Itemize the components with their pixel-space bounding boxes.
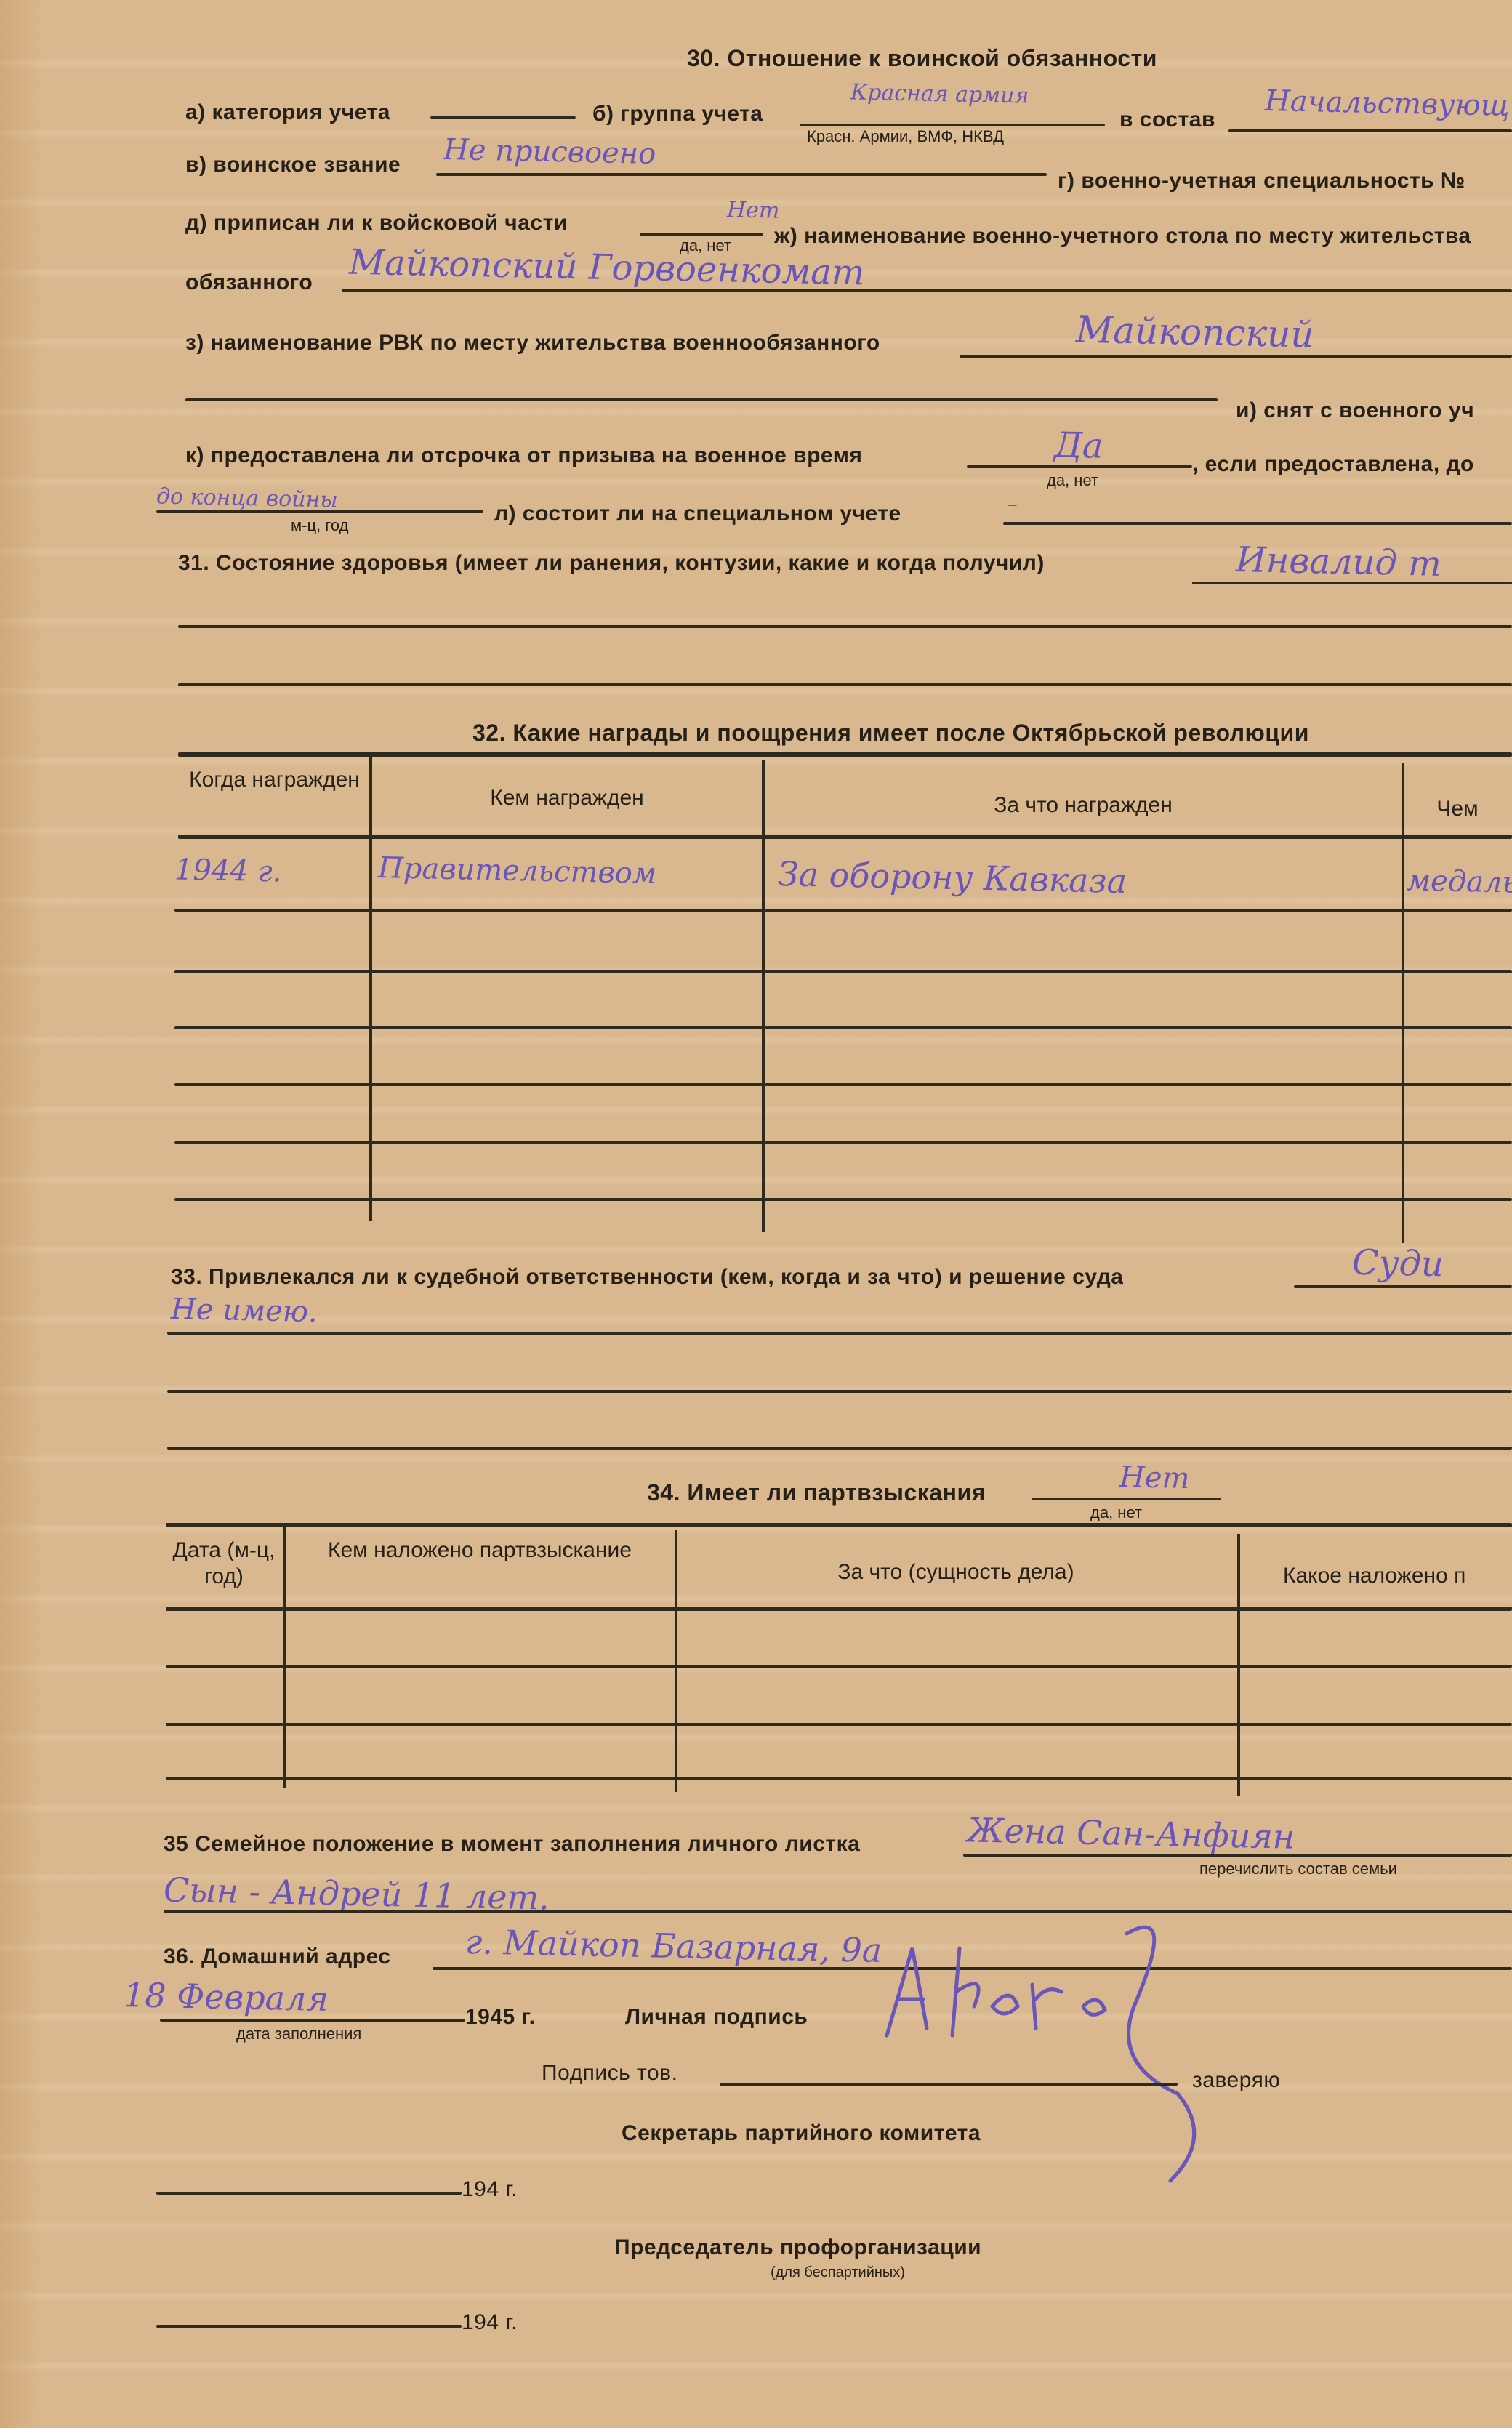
health-field <box>1192 582 1512 584</box>
special-registration-field <box>1003 522 1512 525</box>
court-value[interactable]: Не имею. <box>171 1293 318 1329</box>
court-label: 33. Привлекался ли к судебной ответствен… <box>171 1265 1123 1290</box>
penalty-table-top <box>166 1523 1512 1527</box>
deferment-until-value[interactable]: до конца войны <box>156 483 338 512</box>
deferment-value[interactable]: Да <box>1053 425 1103 466</box>
health-field-2 <box>178 625 1512 628</box>
penalty-row-line-3 <box>166 1777 1512 1780</box>
awards-divider-3 <box>1402 763 1404 1243</box>
composition-field <box>1228 129 1512 132</box>
deregistered-label: и) снят с военного уч <box>1236 398 1474 423</box>
chairman-date-field[interactable] <box>156 2325 462 2328</box>
certify-field[interactable] <box>720 2083 1178 2086</box>
penalty-row-line-1 <box>166 1665 1512 1668</box>
composition-value[interactable]: Начальствующий <box>1265 84 1512 124</box>
awards-table-top <box>178 752 1512 757</box>
awards-row-line-1 <box>174 909 1512 912</box>
family-value[interactable]: Жена Сан-Анфиян <box>966 1810 1295 1856</box>
awards-col-by: Кем награжден <box>371 785 763 811</box>
rank-label: в) воинское звание <box>185 153 401 177</box>
penalty-col-for: За что (сущность дела) <box>676 1559 1236 1585</box>
rvk-field <box>960 355 1512 358</box>
awards-col-when: Когда награжден <box>182 767 367 793</box>
family-label: 35 Семейное положение в момент заполнени… <box>164 1832 860 1857</box>
deferment-suffix: , если предоставлена, до <box>1192 452 1474 477</box>
unit-assigned-label: д) приписан ли к войсковой части <box>185 211 568 236</box>
chairman-year: 194 г. <box>462 2310 518 2335</box>
penalty-row-line-2 <box>166 1723 1512 1726</box>
certify-suffix: заверяю <box>1192 2068 1280 2093</box>
penalty-divider-2 <box>675 1530 677 1792</box>
special-registration-label: л) состоит ли на специальном учете <box>494 502 901 526</box>
group-hint: Красн. Армии, ВМФ, НКВД <box>807 127 1004 146</box>
awards-row-line-2 <box>174 970 1512 973</box>
fill-year: 1945 г. <box>465 2005 535 2030</box>
health-field-3 <box>178 683 1512 686</box>
court-value-top[interactable]: Суди <box>1351 1242 1444 1285</box>
category-label: а) категория учета <box>185 100 390 125</box>
certify-label: Подпись тов. <box>542 2061 677 2086</box>
health-label: 31. Состояние здоровья (имеет ли ранения… <box>178 551 1045 576</box>
awards-row-line-4 <box>174 1083 1512 1086</box>
registration-desk-cont: обязанного <box>185 270 313 295</box>
penalty-col-type: Какое наложено п <box>1239 1563 1512 1589</box>
deferment-hint: да, нет <box>1047 471 1098 490</box>
court-field-2 <box>167 1332 1512 1335</box>
penalty-col-date: Дата (м-ц, год) <box>166 1537 282 1590</box>
awards-row-line-5 <box>174 1141 1512 1144</box>
penalty-divider-1 <box>283 1527 286 1788</box>
rvk-label: з) наименование РВК по месту жительства … <box>185 331 880 355</box>
awards-divider-1 <box>369 756 372 1221</box>
fill-date-hint: дата заполнения <box>236 2025 361 2043</box>
signature-label: Личная подпись <box>625 2005 808 2030</box>
party-penalty-value[interactable]: Нет <box>1119 1460 1190 1495</box>
address-label: 36. Домашний адрес <box>164 1945 391 1969</box>
awards-row-line-6 <box>174 1198 1512 1201</box>
registration-desk-field <box>342 289 1512 292</box>
group-field <box>800 124 1105 126</box>
rank-value[interactable]: Не присвоено <box>443 133 656 171</box>
secretary-year: 194 г. <box>462 2177 518 2202</box>
rvk-field-2 <box>185 398 1218 401</box>
secretary-title: Секретарь партийного комитета <box>622 2121 981 2146</box>
specialty-label: г) военно-учетная специальность № <box>1058 169 1465 193</box>
deferment-field <box>967 465 1192 468</box>
section-34-title: 34. Имеет ли партвзыскания <box>647 1479 986 1506</box>
penalty-header-bottom <box>166 1607 1512 1611</box>
awards-col-what: Чем <box>1403 796 1512 822</box>
awards-row-line-3 <box>174 1026 1512 1029</box>
health-value[interactable]: Инвалид т <box>1235 539 1441 584</box>
unit-assigned-value[interactable]: Нет <box>727 197 780 224</box>
court-field-4 <box>167 1447 1512 1450</box>
rank-field <box>436 173 1047 176</box>
family-field-2 <box>164 1910 1512 1913</box>
group-value[interactable]: Красная армия <box>850 79 1029 108</box>
awards-divider-2 <box>762 760 765 1232</box>
unit-assigned-field <box>640 233 763 236</box>
court-field-3 <box>167 1390 1512 1393</box>
section-32-title: 32. Какие награды и поощрения имеет посл… <box>472 720 1309 747</box>
award-by[interactable]: Правительством <box>378 851 657 891</box>
party-penalty-field <box>1032 1498 1221 1500</box>
deferment-until-field <box>156 510 483 513</box>
award-when[interactable]: 1944 г. <box>174 853 282 888</box>
category-field[interactable] <box>430 116 576 119</box>
awards-header-bottom <box>178 835 1512 839</box>
award-what[interactable]: медаль <box>1407 864 1512 899</box>
registration-desk-label: ж) наименование военно-учетного стола по… <box>774 224 1471 249</box>
family-hint: перечислить состав семьи <box>1199 1860 1397 1878</box>
group-label: б) группа учета <box>592 102 763 126</box>
rvk-value[interactable]: Майкопский <box>1075 309 1314 356</box>
section-30-title: 30. Отношение к воинской обязанности <box>687 45 1157 72</box>
family-field <box>963 1854 1512 1857</box>
chairman-title: Председатель профорганизации <box>614 2235 981 2260</box>
secretary-date-field[interactable] <box>156 2192 462 2195</box>
composition-label: в состав <box>1119 108 1215 132</box>
deferment-label: к) предоставлена ли отсрочка от призыва … <box>185 443 862 468</box>
signature-icon <box>872 1919 1323 2195</box>
party-penalty-hint: да, нет <box>1090 1503 1142 1522</box>
awards-col-for: За что награжден <box>767 792 1399 819</box>
fill-date-value[interactable]: 18 Февраля <box>123 1975 329 2019</box>
chairman-hint: (для беспартийных) <box>771 2264 905 2281</box>
deferment-until-hint: м-ц, год <box>291 516 348 535</box>
award-for[interactable]: За оборону Кавказа <box>777 854 1127 901</box>
special-registration-value[interactable]: – <box>1007 491 1018 517</box>
penalty-col-by: Кем наложено партвзыскание <box>287 1537 672 1564</box>
fill-date-field <box>160 2019 465 2022</box>
court-field <box>1294 1285 1512 1288</box>
